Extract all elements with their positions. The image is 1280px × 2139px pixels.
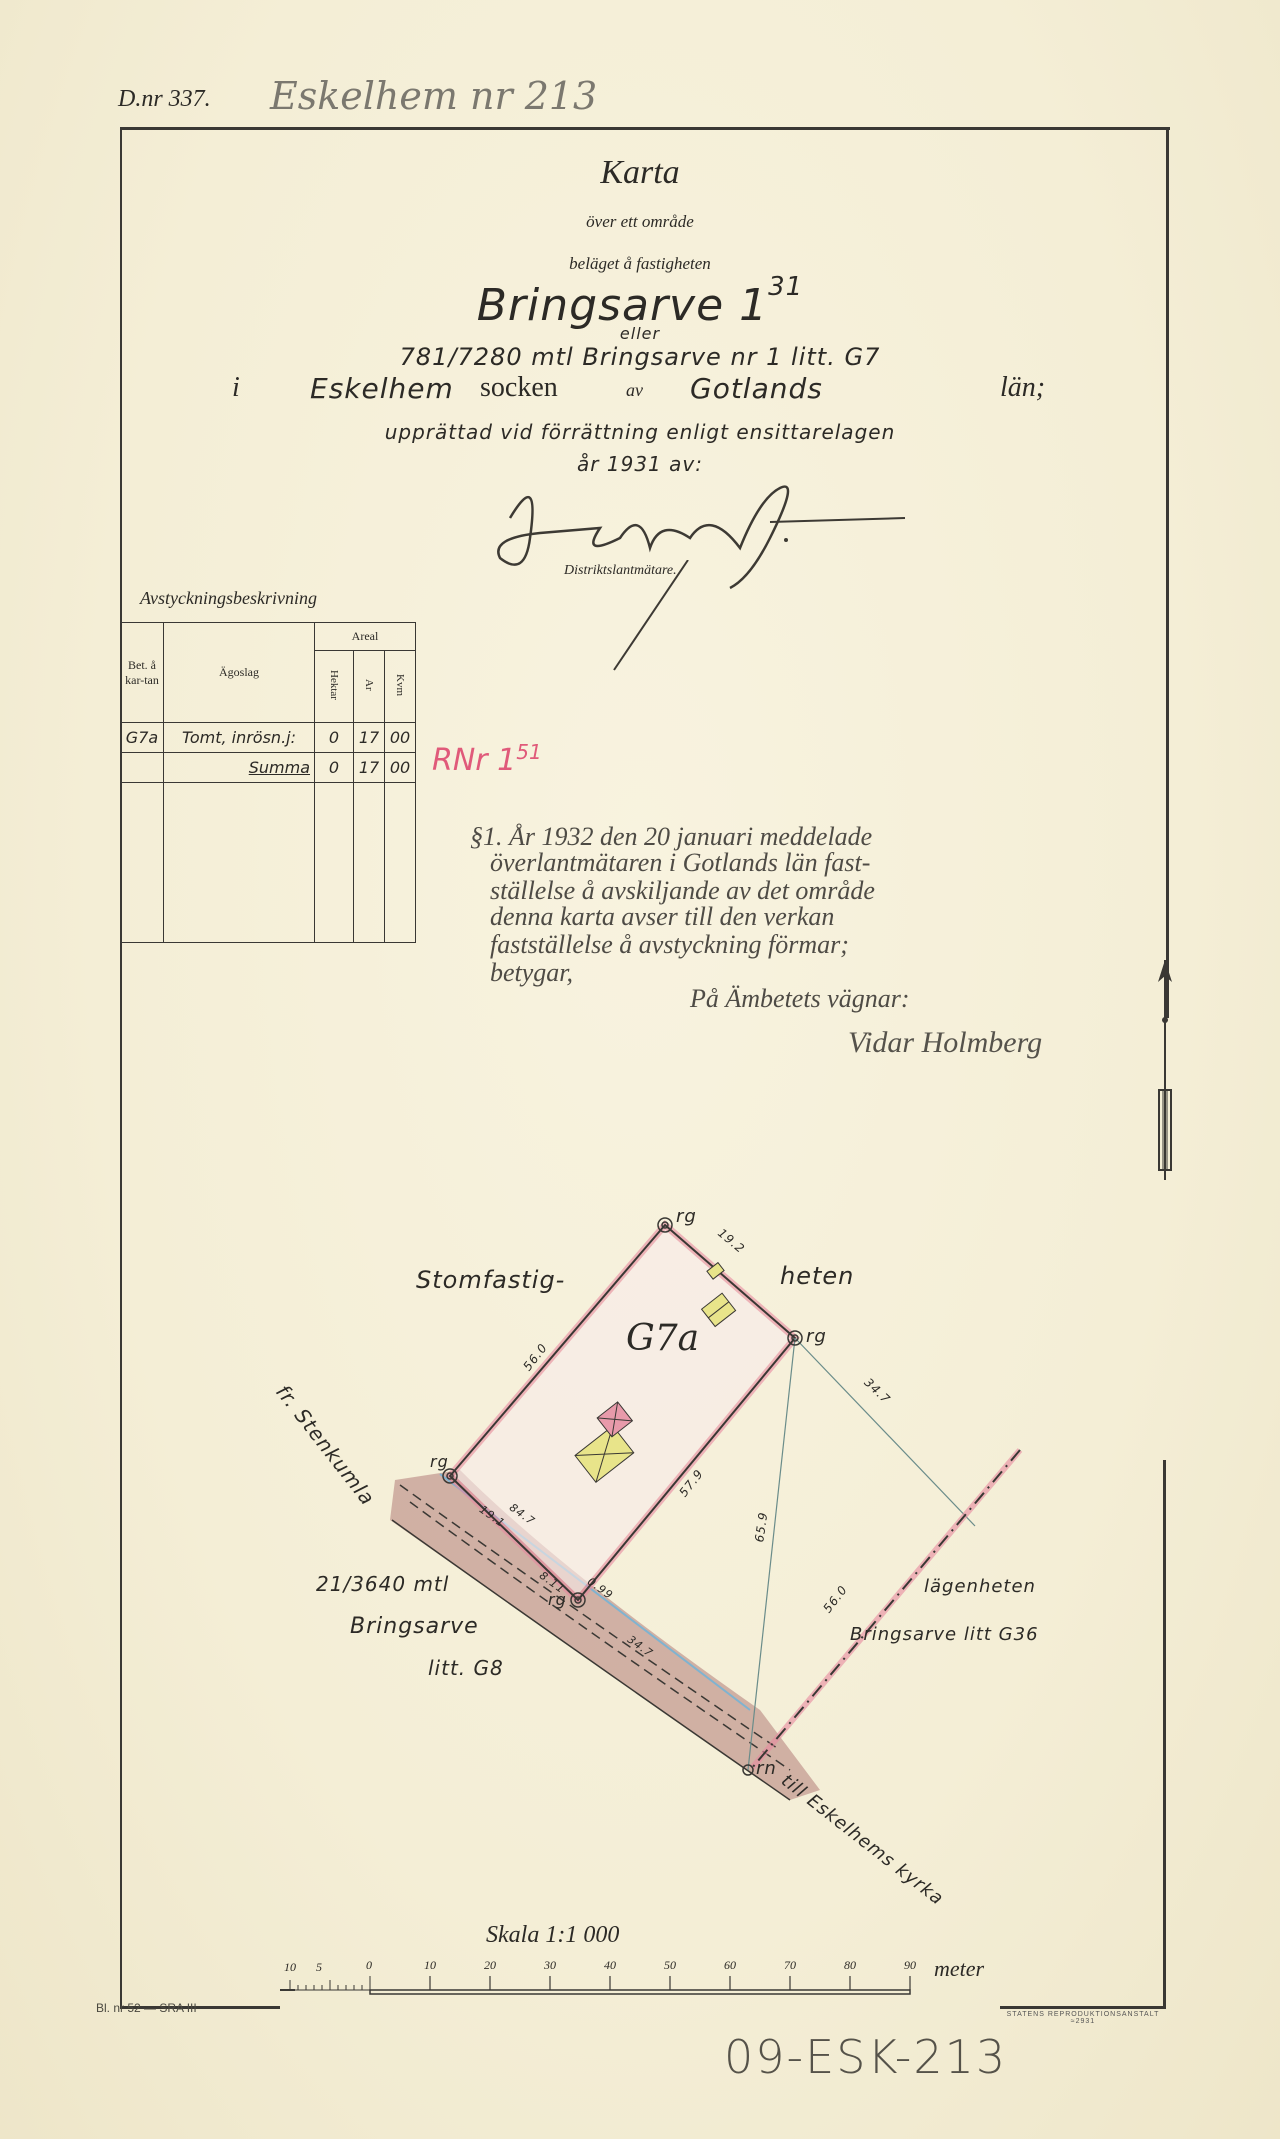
archive-id: 09-ESK-213 xyxy=(724,2030,1007,2084)
scale-tick: 90 xyxy=(904,1958,916,1973)
red-register-number: RNr 151 xyxy=(432,740,542,778)
av-label: av xyxy=(626,380,643,401)
cell-ar: 17 xyxy=(354,723,385,753)
printer-name: STATENS REPRODUKTIONSANSTALT xyxy=(1000,2011,1166,2018)
header-hektar: Hektar xyxy=(328,670,340,700)
red-note-text: RNr 1 xyxy=(432,743,516,778)
frame-top-border xyxy=(120,127,1170,130)
parcel-table: Bet. å kar-tan Ägoslag Areal Hektar Ar K… xyxy=(120,622,416,943)
official-signature: Vidar Holmberg xyxy=(848,1026,1042,1060)
cell-summa: Summa xyxy=(164,753,315,783)
header-ar: Ar xyxy=(363,679,375,691)
marker-label: rg xyxy=(676,1206,697,1227)
established-line: upprättad vid förrättning enligt ensitta… xyxy=(0,420,1280,444)
header-bet: Bet. å kar-tan xyxy=(121,623,164,723)
cell-agoslag: Tomt, inrösn.j: xyxy=(164,723,315,753)
subtitle-line-2: beläget å fastigheten xyxy=(0,254,1280,274)
label-mtl-g8: 21/3640 mtl xyxy=(316,1572,449,1596)
scale-title: Skala 1:1 000 xyxy=(486,1922,619,1949)
header-areal: Areal xyxy=(315,623,416,651)
header-agoslag: Ägoslag xyxy=(164,623,315,723)
table-title: Avstyckningsbeskrivning xyxy=(140,588,317,609)
frame-bottom-border-right xyxy=(1000,2006,1166,2009)
scale-tick: 50 xyxy=(664,1958,676,1973)
printer-code: ≈2931 xyxy=(1000,2018,1166,2025)
red-note-sup: 51 xyxy=(516,740,541,764)
parcel-id: G7a xyxy=(626,1318,699,1359)
parish-name: Eskelhem xyxy=(310,372,454,405)
cell-kvm: 00 xyxy=(385,753,416,783)
property-superscript: 31 xyxy=(768,272,803,302)
resolution-line: betygar, xyxy=(490,958,573,988)
form-number: Bl. nr 52 — SRA III xyxy=(96,2001,197,2015)
printer-credit: STATENS REPRODUKTIONSANSTALT ≈2931 xyxy=(1000,2011,1166,2025)
scale-tick: 20 xyxy=(484,1958,496,1973)
label-lagenheten: lägenheten xyxy=(924,1576,1036,1597)
resolution-closing: På Ämbetets vägnar: xyxy=(690,984,910,1014)
label-bringsarve-g8: Bringsarve xyxy=(350,1614,479,1639)
resolution-line: denna karta avser till den verkan xyxy=(490,902,834,932)
cell-hektar: 0 xyxy=(315,753,354,783)
year-line: år 1931 av: xyxy=(0,452,1280,476)
cell-kvm: 00 xyxy=(385,723,416,753)
scale-tick: 5 xyxy=(316,1960,322,1975)
scale-tick: 80 xyxy=(844,1958,856,1973)
header-kvm: Kvm xyxy=(394,674,406,696)
marker-label: rn xyxy=(756,1758,777,1779)
cell-hektar: 0 xyxy=(315,723,354,753)
eller-label: eller xyxy=(0,324,1280,343)
label-stomfastig: Stomfastig- xyxy=(416,1266,565,1294)
cell-bet: G7a xyxy=(121,723,164,753)
scale-tick: 60 xyxy=(724,1958,736,1973)
north-arrow-icon xyxy=(1150,960,1180,1180)
label-heten: heten xyxy=(780,1262,854,1290)
scale-tick: 0 xyxy=(366,1958,372,1973)
scale-tick: 10 xyxy=(284,1960,296,1975)
cell-ar: 17 xyxy=(354,753,385,783)
lan-label: län; xyxy=(1000,372,1045,404)
scale-tick: 30 xyxy=(544,1958,556,1973)
scale-tick: 10 xyxy=(424,1958,436,1973)
table-row-summa: Summa 0 17 00 xyxy=(121,753,416,783)
cadastral-map xyxy=(0,1180,1280,1940)
prefix-i: i xyxy=(232,372,240,404)
county-name: Gotlands xyxy=(690,372,823,405)
scale-unit: meter xyxy=(934,1956,984,1982)
marker-label: rg xyxy=(430,1452,449,1471)
map-title: Karta xyxy=(0,154,1280,192)
signature-stroke xyxy=(600,560,700,680)
resolution-line: fastställelse å avstyckning förmar; xyxy=(490,930,849,960)
socken-label: socken xyxy=(480,372,558,404)
resolution-line: överlantmätaren i Gotlands län fast- xyxy=(490,848,870,878)
scale-tick: 70 xyxy=(784,1958,796,1973)
handwritten-reference: Eskelhem nr 213 xyxy=(270,74,597,118)
surveyor-signature xyxy=(480,478,920,598)
cell-bet xyxy=(121,753,164,783)
subtitle-line-1: över ett område xyxy=(0,212,1280,232)
label-bringsarve-g36: Bringsarve litt G36 xyxy=(850,1624,1039,1645)
marker-label: rg xyxy=(806,1326,827,1347)
label-litt-g8: litt. G8 xyxy=(428,1656,504,1680)
table-row: G7a Tomt, inrösn.j: 0 17 00 xyxy=(121,723,416,753)
diary-number: D.nr 337. xyxy=(118,86,211,113)
scale-tick: 40 xyxy=(604,1958,616,1973)
mantal-line: 781/7280 mtl Bringsarve nr 1 litt. G7 xyxy=(0,343,1280,371)
